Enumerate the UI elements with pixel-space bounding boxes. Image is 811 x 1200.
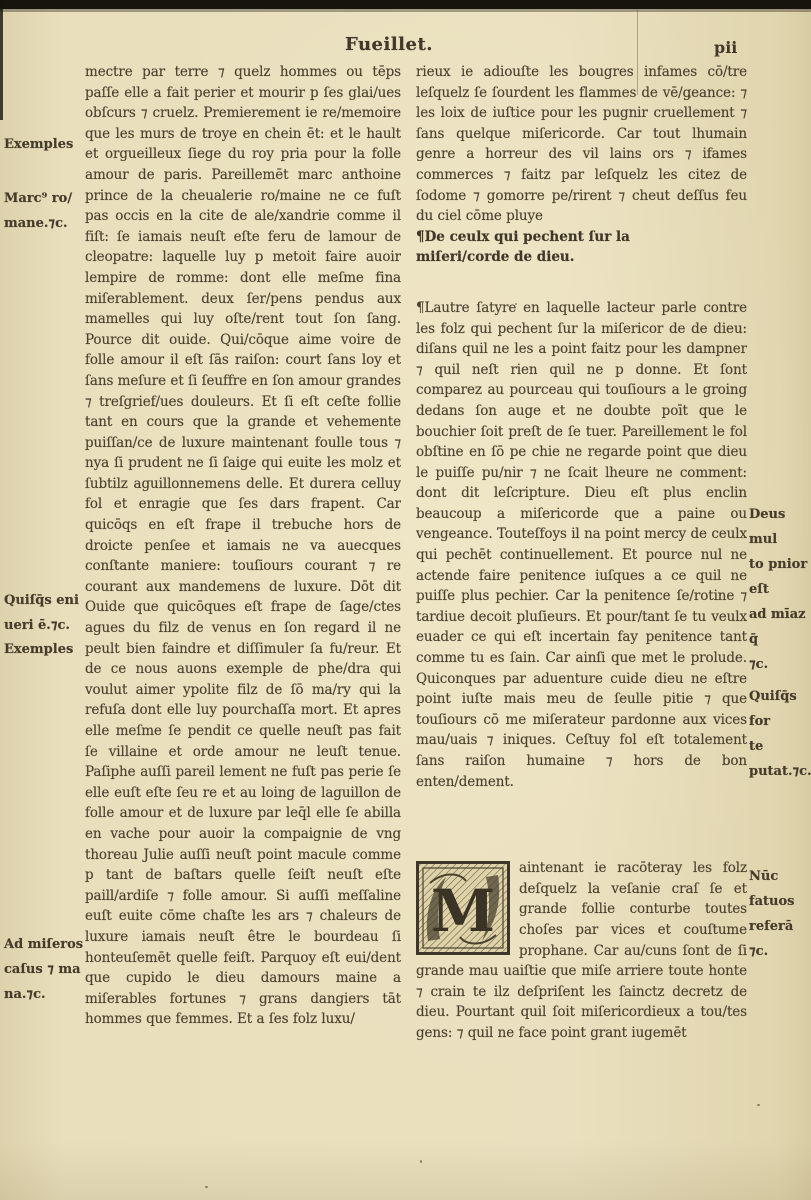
ink-speck [757, 1104, 760, 1106]
woodcut-initial-M: M [416, 861, 510, 955]
final-paragraph-block: M aintenant ie racōteray les folz deſque… [416, 858, 747, 1043]
ink-speck [420, 1160, 422, 1163]
scan-edge-top-shadow [0, 9, 811, 12]
section-heading: ¶De ceulx qui pechent ſur la miſeri/cord… [416, 227, 716, 268]
right-paragraph-2: ¶Lautre ſatyre en laquelle lacteur parle… [416, 298, 747, 792]
ink-speck [515, 303, 517, 305]
left-column-text: mectre par terre ⁊ quelz hommes ou tēps … [85, 62, 401, 1030]
ink-speck [205, 1186, 208, 1188]
left-text-column: mectre par terre ⁊ quelz hommes ou tēps … [85, 62, 401, 1047]
margin-note-deus-multo: Deus mul to pnior eſt ad mīaz q̄ ⁊c. [749, 502, 811, 677]
book-page: Fueillet. pii mectre par terre ⁊ quelz h… [0, 0, 811, 1200]
running-title: Fueillet. [345, 34, 433, 55]
scan-edge-top [0, 0, 811, 9]
folio-number: pii [714, 38, 737, 57]
margin-note-nunc-fatuos: Nūc fatuos referā ⁊c. [749, 864, 811, 964]
right-text-column: rieux ie adiouſte les bougres infames cō… [416, 62, 747, 1072]
margin-note-marcus-romane: Marc⁹ ro/ mane.⁊c. [4, 186, 84, 236]
svg-text:M: M [431, 877, 495, 945]
page-bottom-shading [0, 1140, 811, 1200]
margin-note-ad-miseros: Ad miſeros caſus ⁊ ma na.⁊c. [4, 932, 84, 1007]
margin-note-exemples-2: Exemples [4, 637, 84, 662]
margin-note-quisquis-forte: Quiſq̄s for te putat.⁊c. [749, 684, 811, 784]
right-paragraph-1: rieux ie adiouſte les bougres infames cō… [416, 62, 747, 227]
ink-speck [688, 95, 691, 98]
margin-note-exemples-1: Exemples [4, 132, 84, 157]
margin-note-quisquis-enim: Quiſq̄s eni ueri ē.⁊c. [4, 588, 84, 638]
scan-edge-left [0, 0, 3, 120]
